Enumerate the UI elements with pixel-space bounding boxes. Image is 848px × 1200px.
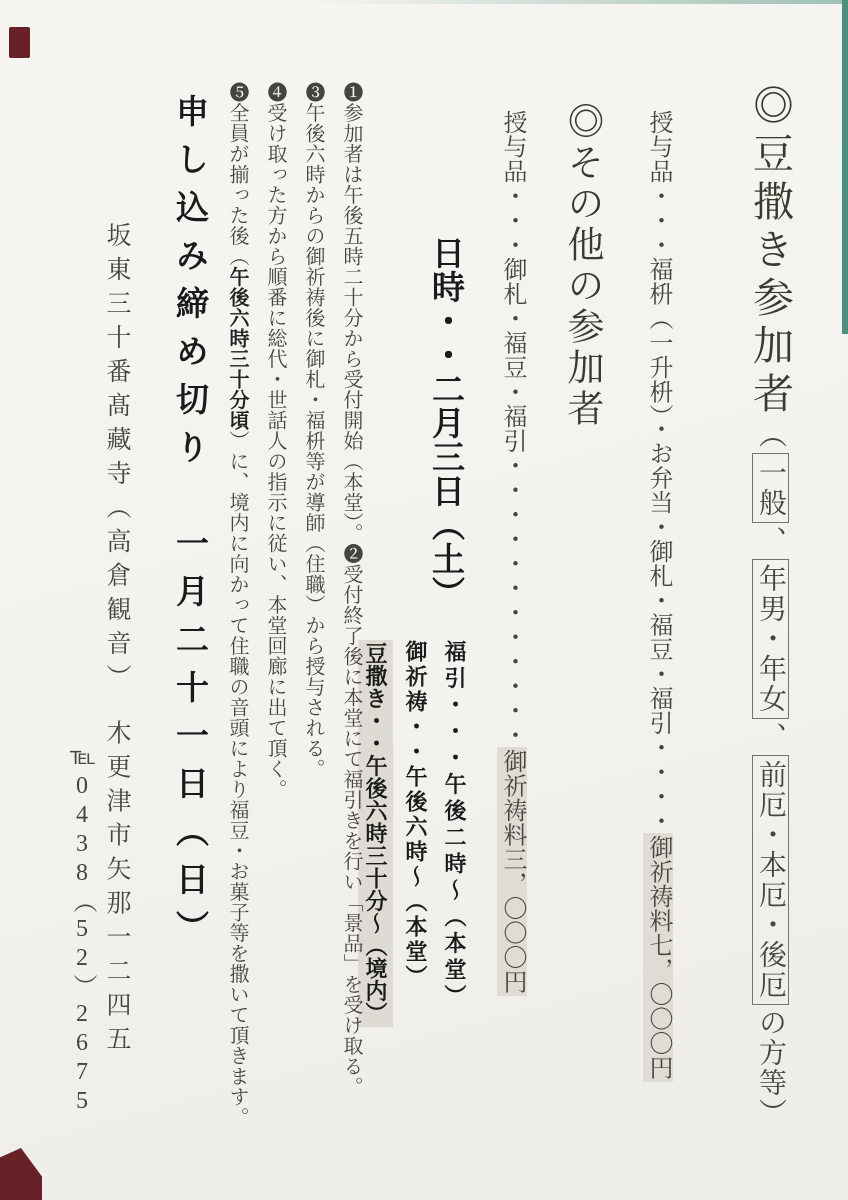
event-schedule: 福引・・・午後二時〜（本堂） 御祈祷・・午後六時〜（本堂） 豆撒き・・午後六時三… (352, 640, 471, 1027)
tel-sign: ℡ (69, 742, 95, 773)
participants-heading-column: ◎豆撒き参加者（一般、年男・年女、前厄・本厄・後厄の方等） (741, 84, 800, 1128)
tel-exchange: 52 (69, 916, 95, 974)
event-datetime: 日時・・二月三日（土） (423, 236, 470, 610)
participants-heading: ◎豆撒き参加者 (747, 84, 793, 420)
tel-paren-open: （ (69, 889, 95, 916)
note-5-pre: ❺全員が揃った後（ (226, 82, 248, 267)
tel-paren-close: ） (69, 974, 95, 1001)
temple-name-address: 坂東三十番髙藏寺（高倉観音） 木更津市矢那一二四五 (98, 222, 134, 1060)
box-general: 一般 (752, 453, 789, 523)
participants-gifts: 授与品・・・福枡（一升枡）・お弁当・御札・福豆・福引・・・・ (645, 110, 671, 833)
photo-edge-top-tint (308, 0, 848, 4)
paren-tail: の方等） (755, 1008, 786, 1128)
photo-edge-right-strip (842, 0, 848, 334)
note-4: ❹受け取った方から順番に総代・世話人の指示に従い、本堂回廊に出て頂く。 (260, 82, 290, 1128)
application-deadline: 申し込み締め切り 一月二十一日（日） (167, 94, 214, 958)
other-participants-heading: ◎その他の参加者 (554, 102, 608, 430)
comma: 、 (755, 722, 786, 752)
tel-number: 2675 (69, 1001, 95, 1117)
participants-gifts-column: 授与品・・・福枡（一升枡）・お弁当・御札・福豆・福引・・・・御祈祷料七，〇〇〇円 (641, 110, 676, 1082)
paren-open: （ (755, 420, 786, 450)
box-yaku-years: 前厄・本厄・後厄 (752, 755, 789, 1005)
other-fee-highlight: 御祈祷料三，〇〇〇円 (497, 747, 527, 996)
note-5: ❺全員が揃った後（午後六時三十分頃）に、境内に向かって住職の音頭により福豆・お菓… (222, 82, 252, 1128)
photo-artifact-bottom-left (0, 1148, 42, 1200)
comma: 、 (755, 526, 786, 556)
other-gifts-column: 授与品・・・御札・福豆・福引・・・・・・・・・・・・御祈祷料三，〇〇〇円 (495, 110, 530, 996)
note-1-2: ❶参加者は午後五時二十分から受付開始（本堂）。❷受付終了後に本堂にて福引きを行い… (336, 82, 366, 1128)
telephone-number: ℡0438（52）2675 (65, 742, 100, 1117)
other-gifts: 授与品・・・御札・福豆・福引・・・・・・・・・・・・ (499, 110, 525, 747)
schedule-fukubiki: 福引・・・午後二時〜（本堂） (438, 640, 471, 1027)
procedure-notes: ❶参加者は午後五時二十分から受付開始（本堂）。❷受付終了後に本堂にて福引きを行い… (214, 82, 366, 1128)
photo-artifact-top-left (9, 27, 30, 58)
note-5-post: ）に、境内に向かって住職の音頭により福豆・お菓子等を撒いて頂きます。 (226, 431, 248, 1128)
box-yakudoshi: 年男・年女 (752, 559, 789, 719)
schedule-gokito: 御祈祷・・午後六時〜（本堂） (399, 640, 432, 1027)
note-3: ❸午後六時からの御祈祷後に御札・福枡等が導師（住職）から授与される。 (298, 82, 328, 1128)
tel-area-code: 0438 (69, 773, 95, 889)
participants-fee-highlight: 御祈祷料七，〇〇〇円 (643, 833, 673, 1082)
note-5-time-emphasis: 午後六時三十分頃 (226, 267, 248, 431)
